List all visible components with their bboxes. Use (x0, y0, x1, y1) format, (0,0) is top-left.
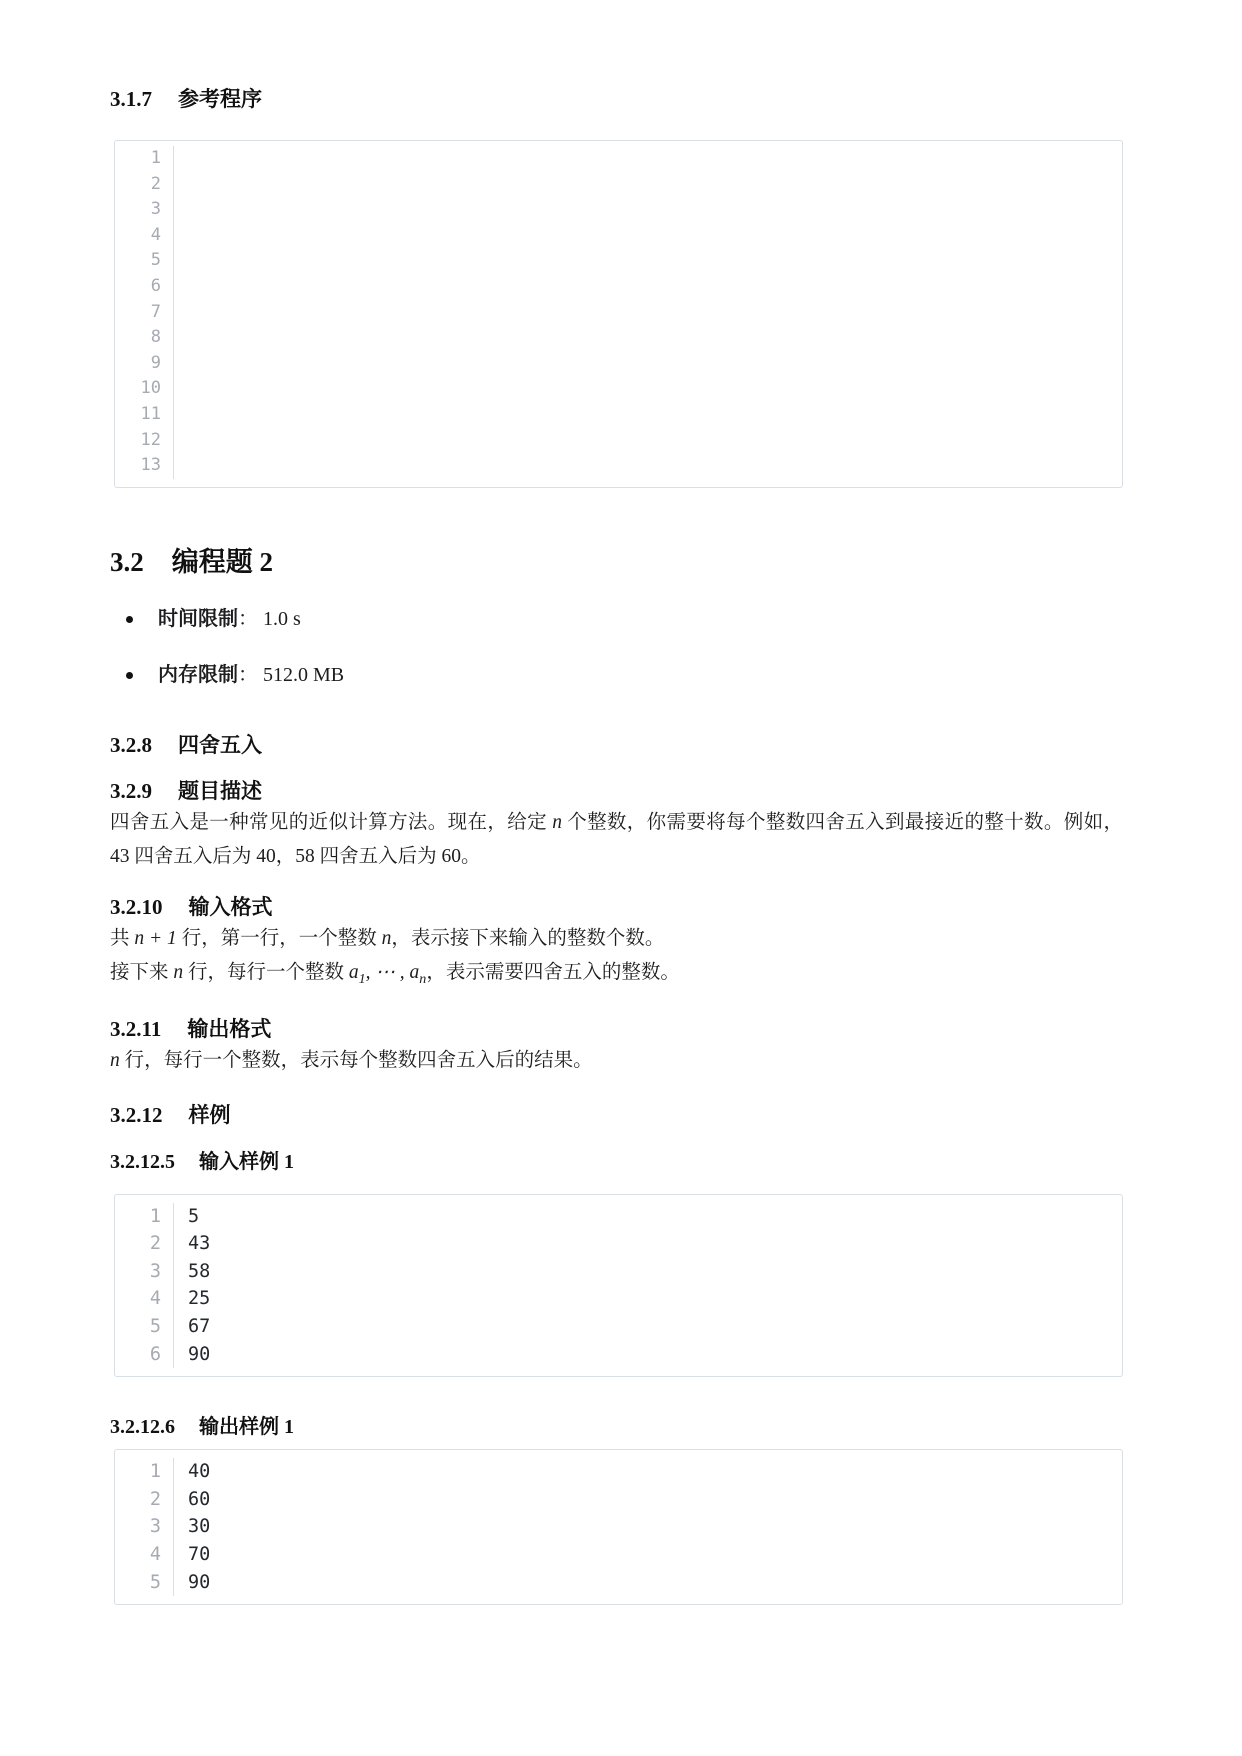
section-title: 参考程序 (178, 87, 262, 111)
math-segment: a (349, 962, 359, 983)
section-number: 3.1.7 (110, 84, 152, 114)
line-number: 11 (115, 402, 173, 428)
code-line: 5 (115, 248, 1122, 274)
line-number: 10 (115, 376, 173, 402)
section-heading-ref-program: 3.1.7参考程序 (110, 84, 1123, 114)
code-text: 60 (173, 1486, 1122, 1514)
line-number: 13 (115, 453, 173, 479)
line-number: 1 (115, 1203, 173, 1231)
section-title: 输入格式 (189, 895, 273, 919)
code-line: 15 (115, 1203, 1122, 1231)
section-number: 3.2.12.6 (110, 1413, 175, 1441)
code-line: 10 (115, 376, 1122, 402)
code-line: 425 (115, 1285, 1122, 1313)
section-number: 3.2 (110, 544, 144, 580)
line-number: 2 (115, 1486, 173, 1514)
text-segment: ，表示需要四舍五入的整数。 (426, 962, 680, 983)
section-heading-problem-name: 3.2.8四舍五入 (110, 730, 1123, 760)
code-text: 30 (173, 1513, 1122, 1541)
text-segment: 行，第一行，一个整数 (177, 928, 382, 949)
text-segment: 接下来 (110, 962, 173, 983)
text-segment: 共 (110, 928, 134, 949)
code-line: 8 (115, 325, 1122, 351)
code-text (173, 197, 1122, 223)
text-segment: 行，每行一个整数 (183, 962, 349, 983)
code-text (173, 223, 1122, 249)
code-text: 43 (173, 1230, 1122, 1258)
line-number: 5 (115, 1569, 173, 1597)
code-text (173, 325, 1122, 351)
math-segment: n (173, 962, 183, 983)
section-title: 输入样例 1 (199, 1151, 294, 1173)
pdf-page: 3.1.7参考程序 12345678910111213 3.2编程题 2 时间限… (0, 84, 1242, 1605)
input-format-paragraph-1: 共 n + 1 行，第一行，一个整数 n，表示接下来输入的整数个数。 (110, 922, 1123, 956)
reference-code-block: 12345678910111213 (114, 140, 1123, 488)
time-limit-value: 1.0 s (263, 608, 301, 630)
code-text: 58 (173, 1258, 1122, 1286)
code-text (173, 172, 1122, 198)
section-heading-samples: 3.2.12样例 (110, 1100, 1123, 1130)
text-segment: 行，每行一个整数，表示每个整数四舍五入后的结果。 (120, 1050, 593, 1071)
line-number: 1 (115, 1458, 173, 1486)
section-heading-problem-2: 3.2编程题 2 (110, 544, 1123, 580)
section-heading-sample-input: 3.2.12.5输入样例 1 (110, 1148, 1123, 1176)
code-line: 2 (115, 172, 1122, 198)
code-text (173, 453, 1122, 479)
bullet-icon (126, 616, 133, 623)
section-number: 3.2.10 (110, 892, 163, 922)
code-text: 90 (173, 1569, 1122, 1597)
time-limit-item: 时间限制： 1.0 s (110, 604, 1123, 634)
code-text (173, 274, 1122, 300)
time-limit-label: 时间限制 (158, 608, 238, 630)
code-line: 690 (115, 1341, 1122, 1369)
line-number: 2 (115, 1230, 173, 1258)
code-text: 90 (173, 1341, 1122, 1369)
section-title: 编程题 2 (172, 547, 273, 577)
section-title: 样例 (189, 1103, 231, 1127)
code-text: 5 (173, 1203, 1122, 1231)
section-title: 题目描述 (178, 779, 262, 803)
code-line: 11 (115, 402, 1122, 428)
code-line: 9 (115, 351, 1122, 377)
code-text (173, 428, 1122, 454)
code-line: 330 (115, 1513, 1122, 1541)
section-heading-output-format: 3.2.11输出格式 (110, 1014, 1123, 1044)
output-format-paragraph: n 行，每行一个整数，表示每个整数四舍五入后的结果。 (110, 1044, 1123, 1078)
sample-input-code-block: 15243358425567690 (114, 1194, 1123, 1378)
line-number: 4 (115, 1541, 173, 1569)
code-line: 3 (115, 197, 1122, 223)
math-segment: n (382, 928, 392, 949)
section-number: 3.2.8 (110, 730, 152, 760)
code-text (173, 402, 1122, 428)
code-text (173, 300, 1122, 326)
section-heading-sample-output: 3.2.12.6输出样例 1 (110, 1413, 1123, 1441)
sample-output-code-block: 140260330470590 (114, 1449, 1123, 1605)
code-line: 470 (115, 1541, 1122, 1569)
section-title: 四舍五入 (178, 733, 262, 757)
code-line: 13 (115, 453, 1122, 479)
section-number: 3.2.11 (110, 1014, 161, 1044)
line-number: 1 (115, 146, 173, 172)
code-line: 12 (115, 428, 1122, 454)
bullet-icon (126, 672, 133, 679)
code-text (173, 146, 1122, 172)
text-segment: 四舍五入是一种常见的近似计算方法。现在，给定 (110, 812, 552, 833)
code-text: 40 (173, 1458, 1122, 1486)
code-line: 358 (115, 1258, 1122, 1286)
code-line: 1 (115, 146, 1122, 172)
code-line: 7 (115, 300, 1122, 326)
memory-limit-value: 512.0 MB (263, 664, 344, 686)
line-number: 9 (115, 351, 173, 377)
section-heading-input-format: 3.2.10输入格式 (110, 892, 1123, 922)
code-line: 260 (115, 1486, 1122, 1514)
section-number: 3.2.9 (110, 776, 152, 806)
section-heading-description: 3.2.9题目描述 (110, 776, 1123, 806)
code-text: 25 (173, 1285, 1122, 1313)
math-segment: n (552, 812, 562, 833)
line-number: 6 (115, 1341, 173, 1369)
code-text (173, 248, 1122, 274)
code-line: 4 (115, 223, 1122, 249)
code-text: 70 (173, 1541, 1122, 1569)
colon: ： (238, 608, 258, 630)
text-segment: ，表示接下来输入的整数个数。 (391, 928, 664, 949)
code-line: 590 (115, 1569, 1122, 1597)
section-number: 3.2.12.5 (110, 1148, 175, 1176)
math-segment: , ⋯ , a (366, 962, 420, 983)
line-number: 3 (115, 1258, 173, 1286)
line-number: 3 (115, 197, 173, 223)
input-format-paragraph-2: 接下来 n 行，每行一个整数 a1, ⋯ , an，表示需要四舍五入的整数。 (110, 956, 1123, 996)
code-line: 6 (115, 274, 1122, 300)
code-line: 243 (115, 1230, 1122, 1258)
math-segment: n (110, 1050, 120, 1071)
line-number: 7 (115, 300, 173, 326)
memory-limit-label: 内存限制 (158, 664, 238, 686)
line-number: 3 (115, 1513, 173, 1541)
section-title: 输出样例 1 (199, 1416, 294, 1438)
line-number: 4 (115, 223, 173, 249)
code-line: 567 (115, 1313, 1122, 1341)
line-number: 2 (115, 172, 173, 198)
colon: ： (238, 664, 258, 686)
math-segment: 1 (359, 971, 366, 987)
line-number: 5 (115, 1313, 173, 1341)
memory-limit-item: 内存限制： 512.0 MB (110, 660, 1123, 690)
section-title: 输出格式 (187, 1017, 271, 1041)
section-number: 3.2.12 (110, 1100, 163, 1130)
description-paragraph: 四舍五入是一种常见的近似计算方法。现在，给定 n 个整数，你需要将每个整数四舍五… (110, 806, 1123, 874)
math-segment: n + 1 (134, 928, 176, 949)
line-number: 5 (115, 248, 173, 274)
code-text (173, 351, 1122, 377)
code-line: 140 (115, 1458, 1122, 1486)
line-number: 8 (115, 325, 173, 351)
code-text: 67 (173, 1313, 1122, 1341)
line-number: 6 (115, 274, 173, 300)
line-number: 4 (115, 1285, 173, 1313)
line-number: 12 (115, 428, 173, 454)
code-text (173, 376, 1122, 402)
